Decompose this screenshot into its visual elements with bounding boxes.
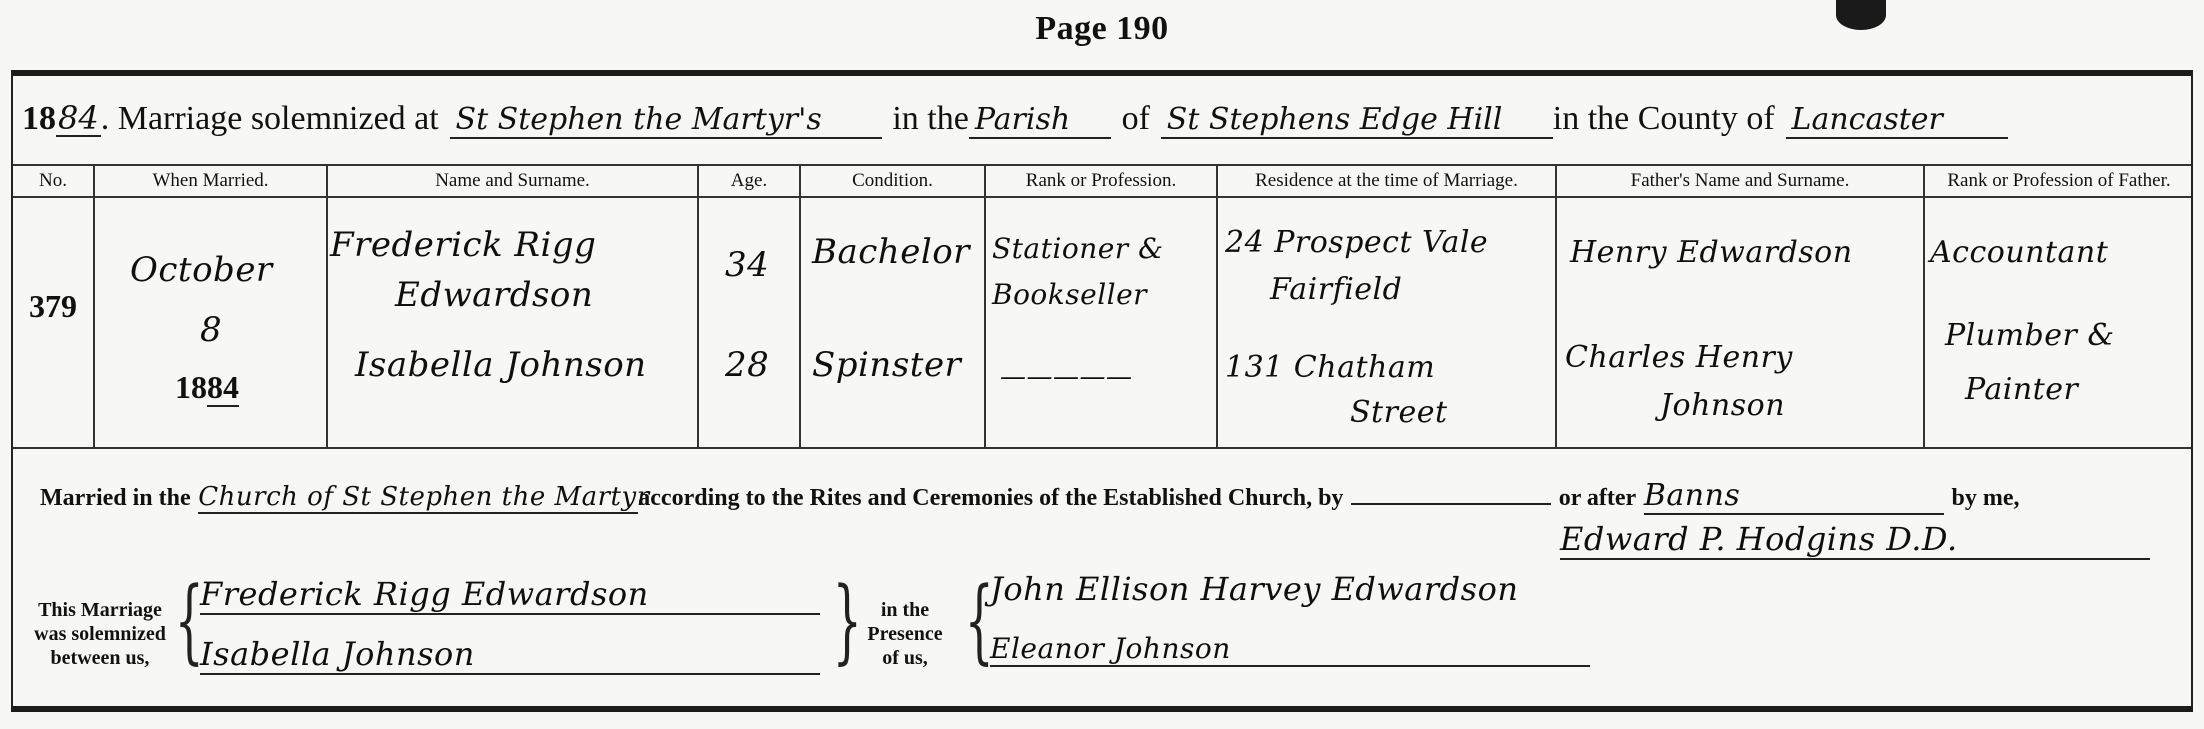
between-label-line2: was solemnized (20, 622, 180, 646)
bride-name: Isabella Johnson (355, 345, 647, 385)
groom-name-line2: Edwardson (395, 275, 593, 315)
column-header-age: Age. (699, 170, 799, 192)
ceremony-place: Church of St Stephen the Martyr (198, 482, 638, 514)
groom-age: 34 (725, 245, 769, 285)
groom-father-profession: Accountant (1930, 235, 2108, 270)
by-me-label: by me, (1952, 485, 2020, 511)
bride-profession: ————— (1000, 362, 1133, 392)
bottom-rule (11, 706, 2193, 712)
column-header-residence: Residence at the time of Marriage. (1218, 170, 1555, 192)
bride-residence-line2: Street (1350, 395, 1448, 430)
heading-parish: St Stephens Edge Hill (1161, 103, 1553, 139)
groom-profession-line2: Bookseller (992, 278, 1147, 311)
rites-text: according to the Rites and Ceremonies of… (638, 485, 1343, 511)
groom-profession-line1: Stationer & (992, 232, 1164, 265)
heading-solemnized-text: . Marriage solemnized at (101, 100, 439, 137)
col-divider (1216, 164, 1218, 447)
date-day: 8 (200, 310, 222, 350)
groom-condition: Bachelor (812, 232, 970, 272)
col-divider (93, 164, 95, 447)
col-divider (1555, 164, 1557, 447)
register-heading: 1884. Marriage solemnized at St Stephen … (22, 98, 2008, 139)
heading-year-prefix: 18 (22, 100, 56, 137)
presence-label-line3: of us, (855, 646, 955, 670)
groom-residence-line2: Fairfield (1270, 272, 1402, 307)
bride-age: 28 (725, 345, 769, 385)
witness1-signature: John Ellison Harvey Edwardson (990, 570, 1518, 608)
column-header-when-married: When Married. (95, 170, 326, 192)
officiant-signature: Edward P. Hodgins D.D. (1560, 520, 2150, 560)
after-value: Banns (1644, 478, 1944, 515)
column-header-no: No. (13, 170, 93, 192)
header-bottom-rule (13, 196, 2191, 198)
column-header-name: Name and Surname. (328, 170, 697, 192)
bride-father-name-line2: Johnson (1660, 388, 1785, 423)
by-blank (1351, 479, 1551, 505)
column-header-father-name: Father's Name and Surname. (1557, 170, 1923, 192)
heading-church: St Stephen the Martyr's (450, 103, 882, 139)
date-year: 1884 (175, 368, 239, 406)
heading-of: of (1122, 100, 1150, 137)
entry-number: 379 (13, 288, 93, 325)
col-divider (984, 164, 986, 447)
col-divider (1923, 164, 1925, 447)
col-divider (326, 164, 328, 447)
between-label-line3: between us, (20, 646, 180, 670)
date-year-prefix: 18 (175, 369, 207, 405)
ink-blot (1836, 0, 1886, 30)
between-label-line1: This Marriage (20, 598, 180, 622)
bride-residence-line1: 131 Chatham (1225, 350, 1435, 385)
bride-father-profession-line2: Painter (1965, 372, 2078, 407)
col-divider (799, 164, 801, 447)
bride-father-profession-line1: Plumber & (1945, 318, 2115, 353)
bride-signature: Isabella Johnson (200, 635, 820, 675)
heading-year-suffix: 84 (56, 101, 101, 137)
or-after-label: or after (1559, 485, 1637, 511)
presence-label-line1: in the (855, 598, 955, 622)
column-header-rank: Rank or Profession. (986, 170, 1216, 192)
date-month: October (130, 250, 273, 290)
bride-father-name-line1: Charles Henry (1565, 340, 1793, 375)
groom-name-line1: Frederick Rigg (330, 225, 596, 265)
ceremony-line: Married in the Church of St Stephen the … (40, 478, 2020, 515)
table-bottom-rule (13, 447, 2191, 449)
heading-district-type: Parish (969, 103, 1111, 139)
heading-county-text: in the County of (1553, 100, 1775, 137)
groom-residence-line1: 24 Prospect Vale (1225, 225, 1488, 260)
column-header-condition: Condition. (801, 170, 984, 192)
column-header-father-rank: Rank or Profession of Father. (1925, 170, 2193, 192)
col-divider (697, 164, 699, 447)
date-year-suffix: 84 (207, 369, 239, 407)
witness2-signature: Eleanor Johnson (990, 632, 1590, 667)
table-top-rule (13, 164, 2191, 166)
groom-father-name: Henry Edwardson (1570, 235, 1853, 270)
bride-condition: Spinster (812, 345, 961, 385)
groom-signature: Frederick Rigg Edwardson (200, 575, 820, 615)
presence-label-line2: Presence (855, 622, 955, 646)
heading-in-the: in the (892, 100, 968, 137)
married-in-label: Married in the (40, 485, 191, 511)
between-us-label: This Marriage was solemnized between us, (20, 598, 180, 670)
presence-label: in the Presence of us, (855, 598, 955, 670)
heading-county: Lancaster (1786, 103, 2008, 139)
